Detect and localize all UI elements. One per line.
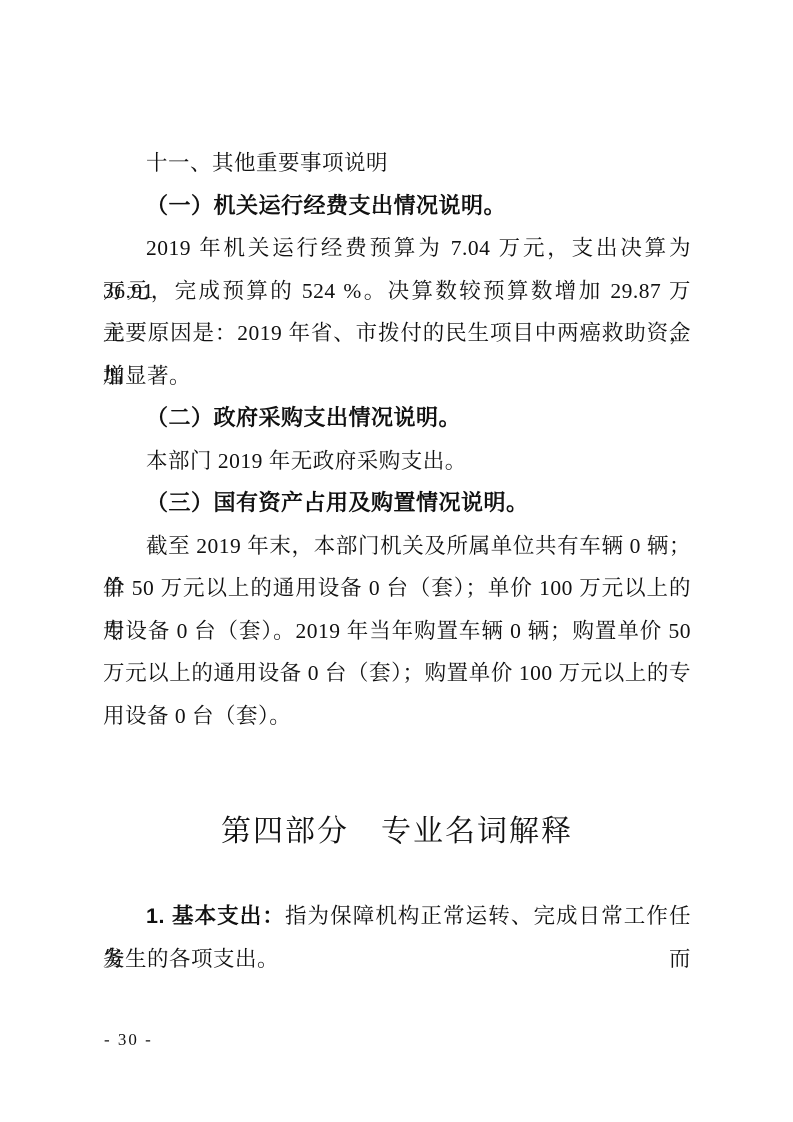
paragraph-3-line-3: 用设备 0 台（套）。2019 年当年购置车辆 0 辆；购置单价 50: [103, 610, 691, 653]
term-1-line-1: 1. 基本支出：指为保障机构正常运转、完成日常工作任务而: [103, 895, 691, 938]
subsection-heading-2: （二）政府采购支出情况说明。: [103, 397, 691, 440]
document-content: 十一、其他重要事项说明 （一）机关运行经费支出情况说明。 2019 年机关运行经…: [103, 142, 691, 980]
section-heading-11: 十一、其他重要事项说明: [103, 142, 691, 185]
paragraph-1-line-2: 万元，完成预算的 524 %。决算数较预算数增加 29.87 万元，: [103, 270, 691, 313]
document-page: 十一、其他重要事项说明 （一）机关运行经费支出情况说明。 2019 年机关运行经…: [0, 0, 793, 1122]
paragraph-1-line-4: 加显著。: [103, 355, 691, 398]
paragraph-3-line-1: 截至 2019 年末，本部门机关及所属单位共有车辆 0 辆；单: [103, 525, 691, 568]
subsection-heading-1: （一）机关运行经费支出情况说明。: [103, 185, 691, 228]
term-1-label: 1. 基本支出：: [146, 904, 285, 928]
paragraph-3-line-2: 价 50 万元以上的通用设备 0 台（套）；单价 100 万元以上的专: [103, 567, 691, 610]
paragraph-1-line-3: 主要原因是：2019 年省、市拨付的民生项目中两癌救助资金增: [103, 312, 691, 355]
paragraph-3-line-4: 万元以上的通用设备 0 台（套）；购置单价 100 万元以上的专: [103, 652, 691, 695]
subsection-heading-3: （三）国有资产占用及购置情况说明。: [103, 482, 691, 525]
paragraph-3-line-5: 用设备 0 台（套）。: [103, 695, 691, 738]
part-4-title: 第四部分 专业名词解释: [103, 807, 691, 857]
page-number: - 30 -: [104, 1028, 153, 1052]
paragraph-2-line-1: 本部门 2019 年无政府采购支出。: [103, 440, 691, 483]
paragraph-1-line-1: 2019 年机关运行经费预算为 7.04 万元，支出决算为 36.91: [103, 227, 691, 270]
